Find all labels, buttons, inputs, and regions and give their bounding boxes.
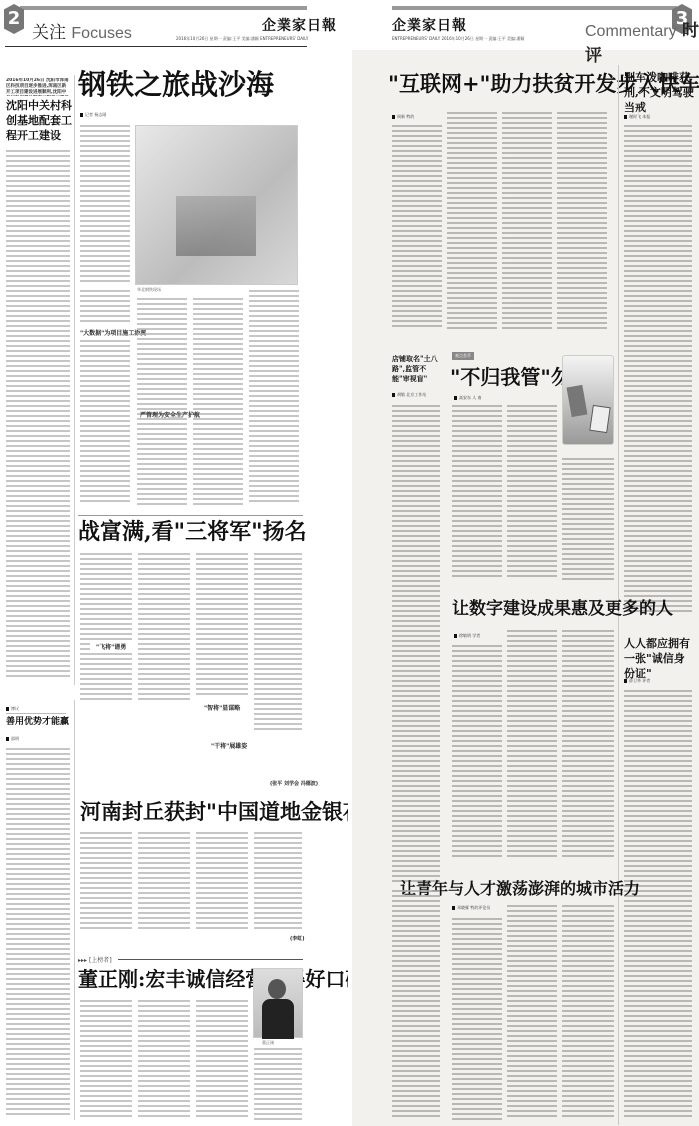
column-divider-lower [74, 700, 75, 1120]
date-line: ENTREPRENEURS' DAILY 2016年10月26日 星期一 责编:… [392, 36, 524, 42]
small-body-text [392, 405, 440, 885]
profile-caption: 董正刚 [262, 1040, 274, 1046]
profile-label-text: 上榜者 [91, 957, 109, 964]
page-number-badge: 2 [4, 4, 24, 34]
digital-byline: 徐敏明 学者 [454, 633, 480, 639]
main-body-col4 [249, 290, 299, 505]
main-body-col3 [193, 298, 243, 505]
article-divider [78, 515, 303, 516]
opinion-body-col2 [507, 405, 557, 580]
youth-body-col2 [507, 905, 557, 1120]
section-title: Commentary 时评 [585, 16, 699, 66]
sidebar-body-text [6, 150, 70, 680]
section-title-en: Commentary [585, 23, 677, 40]
third-signature: (李虹) [290, 935, 305, 942]
youth-byline: 邓晓雁 特约评论员 [452, 905, 490, 911]
header-rule [5, 46, 307, 47]
profile-photo [253, 968, 303, 1038]
opinion-tag: 观点荟萃 [452, 352, 474, 360]
masthead-logo: 企業家日報 [262, 15, 337, 35]
credit-headline: 人人都应拥有一张"诚信身份证" [624, 636, 694, 681]
lead-byline: 周新 特约 [392, 114, 414, 120]
third-body-col4 [254, 832, 302, 932]
column-headline: 善用优势才能赢 [6, 718, 69, 728]
digital-body-col1 [452, 645, 502, 860]
lead-body-col3 [502, 112, 552, 330]
masthead-logo: 企業家日報 [392, 15, 467, 35]
second-body-col4 [254, 553, 302, 733]
page-3-commentary: 3 企業家日報 ENTREPRENEURS' DAILY 2016年10月26日… [352, 0, 699, 1126]
profile-body-col4 [254, 1048, 302, 1120]
digital-body-col3 [562, 630, 614, 860]
opinion-body-col1 [452, 405, 502, 580]
main-headline: 钢铁之旅战沙海 [78, 70, 274, 101]
profile-photo-body [262, 999, 294, 1039]
profile-rule [118, 959, 303, 960]
page-2-focuses: 2 关注 Focuses 企業家日報 2016年10月26日 星期一 责编:王平… [0, 0, 348, 1126]
side-headline: 别车泼咖啡获刑,不文明驾驶当戒 [624, 70, 694, 115]
photo-caption: 华北钢铁现场 [137, 287, 161, 293]
lead-body-col1 [392, 125, 442, 330]
third-body-col1 [80, 832, 132, 932]
main-body-col1c [80, 340, 130, 505]
youth-body-col3 [562, 905, 614, 1120]
subhead-safety: 严管理为安全生产护航 [140, 410, 200, 419]
date-line: 2016年10月26日 星期一 责编:王平 美编:潘颖 ENTREPRENEUR… [176, 36, 308, 42]
main-byline: 记者 杨志刚 [80, 112, 106, 118]
profile-body-col1 [80, 1000, 132, 1120]
second-headline: 战富满,看"三将军"扬名 [78, 520, 307, 544]
third-body-col2 [138, 832, 190, 932]
credit-byline: 薛卫华 评者 [624, 678, 650, 684]
second-body-col3 [196, 553, 248, 698]
cartoon-figure [567, 385, 588, 417]
main-body-col2 [137, 298, 187, 505]
lead-body-col4 [557, 112, 607, 330]
column-divider [74, 75, 75, 685]
column-tag: 博议 [6, 706, 19, 712]
lead-body-col2 [447, 112, 497, 330]
second-body-col2 [138, 553, 190, 703]
photo-subject [176, 196, 256, 256]
profile-body-col2 [138, 1000, 190, 1120]
credit-body-text [624, 690, 692, 1120]
opinion-byline: 高安东 人 南 [454, 395, 482, 401]
profile-photo-head [268, 979, 286, 999]
section-title: 关注 Focuses [32, 18, 132, 43]
sidebar-lead: 2016年10月26日 沈阳市浑南区科技项目逐步推进,浑南区新开工项目建设进展顺… [6, 78, 70, 96]
profile-headline: 董正刚:宏丰诚信经营赢得好口碑 [78, 968, 365, 990]
opinion-cartoon [562, 355, 614, 445]
digital-body-col2 [507, 630, 557, 860]
header-bar [392, 6, 677, 10]
sidebar-headline: 沈阳中关村科创基地配套工程开工建设 [6, 98, 72, 143]
profile-label: ▸▸▸ [上榜者] [78, 955, 112, 964]
small-byline: 胡敏 北京工作站 [392, 392, 426, 398]
column-tag-rule [6, 713, 66, 714]
column-body-text [6, 748, 70, 1118]
small-headline: 店铺取名"土八路",监管不能"审视盲" [392, 354, 440, 384]
section-title-cn: 关注 [32, 23, 66, 43]
profile-body-col3 [196, 1000, 248, 1120]
digital-headline: 让数字建设成果惠及更多的人 [452, 600, 673, 619]
section-title-en: Focuses [71, 25, 131, 42]
column-byline: 邵明 [6, 736, 19, 742]
subhead-gan-jiang: "干将"展雄姿 [205, 740, 253, 751]
second-signature: (张平 刘学会 冯德波) [270, 780, 318, 787]
third-body-col3 [196, 832, 248, 932]
youth-body-col0 [392, 890, 440, 1120]
cartoon-paper [589, 405, 610, 433]
opinion-body-col3 [562, 458, 614, 580]
subhead-zhi-jiang: "智将"显谋略 [198, 702, 246, 713]
youth-body-col1 [452, 918, 502, 1120]
main-photo [135, 125, 298, 285]
header-bar [20, 6, 307, 10]
second-body-col1 [80, 553, 132, 703]
side-body-text [624, 125, 692, 615]
side-byline: 谢时飞 本报 [624, 114, 650, 120]
main-body-col1 [80, 125, 130, 285]
main-body-col1b [80, 290, 130, 325]
column-divider [618, 65, 619, 1125]
subhead-fei-jiang: "飞将"谱勇 [90, 641, 132, 652]
